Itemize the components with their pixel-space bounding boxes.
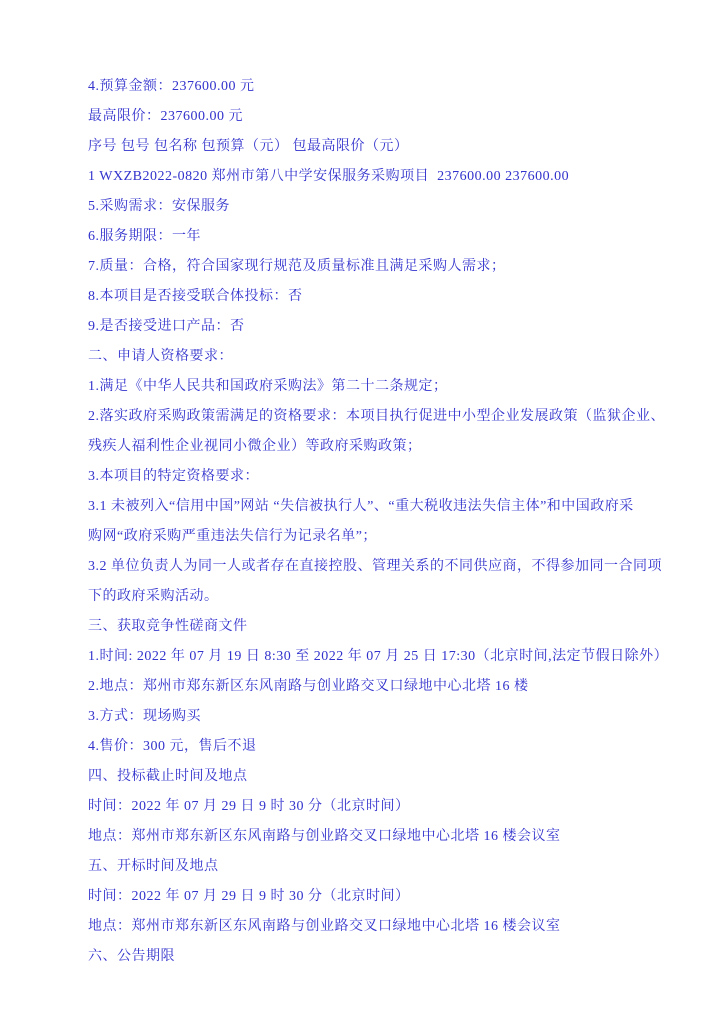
consortium-bid-line: 8.本项目是否接受联合体投标：否 (88, 282, 687, 312)
document-body: 4.预算金额：237600.00 元 最高限价：237600.00 元 序号 包… (88, 72, 687, 972)
procurement-announcement-document: 4.预算金额：237600.00 元 最高限价：237600.00 元 序号 包… (0, 0, 707, 1033)
procurement-demand-line: 5.采购需求：安保服务 (88, 192, 687, 222)
document-obtain-time-line: 1.时间: 2022 年 07 月 19 日 8:30 至 2022 年 07 … (88, 642, 687, 672)
service-period-line: 6.服务期限：一年 (88, 222, 687, 252)
bid-deadline-time-line: 时间：2022 年 07 月 29 日 9 时 30 分（北京时间） (88, 792, 687, 822)
document-price-line: 4.售价：300 元，售后不退 (88, 732, 687, 762)
max-price-line: 最高限价：237600.00 元 (88, 102, 687, 132)
qualification-item-3-2-line-2: 下的政府采购活动。 (88, 582, 687, 612)
bid-opening-time-line: 时间：2022 年 07 月 29 日 9 时 30 分（北京时间） (88, 882, 687, 912)
section-6-heading: 六、公告期限 (88, 942, 687, 972)
budget-amount-line: 4.预算金额：237600.00 元 (88, 72, 687, 102)
qualification-item-3-2-line-1: 3.2 单位负责人为同一人或者存在直接控股、管理关系的不同供应商，不得参加同一合… (88, 552, 687, 582)
section-3-heading: 三、获取竞争性磋商文件 (88, 612, 687, 642)
qualification-item-3-1-line-2: 购网“政府采购严重违法失信行为记录名单”； (88, 522, 687, 552)
document-obtain-method-line: 3.方式：现场购买 (88, 702, 687, 732)
document-obtain-place-line: 2.地点：郑州市郑东新区东风南路与创业路交叉口绿地中心北塔 16 楼 (88, 672, 687, 702)
import-product-line: 9.是否接受进口产品：否 (88, 312, 687, 342)
package-table-row-line: 1 WXZB2022-0820 郑州市第八中学安保服务采购项目 237600.0… (88, 162, 687, 192)
bid-opening-place-line: 地点：郑州市郑东新区东风南路与创业路交叉口绿地中心北塔 16 楼会议室 (88, 912, 687, 942)
quality-line: 7.质量：合格，符合国家现行规范及质量标准且满足采购人需求； (88, 252, 687, 282)
qualification-item-2-line-1: 2.落实政府采购政策需满足的资格要求：本项目执行促进中小型企业发展政策（监狱企业… (88, 402, 687, 432)
bid-deadline-place-line: 地点：郑州市郑东新区东风南路与创业路交叉口绿地中心北塔 16 楼会议室 (88, 822, 687, 852)
qualification-item-1-line: 1.满足《中华人民共和国政府采购法》第二十二条规定； (88, 372, 687, 402)
section-2-heading: 二、申请人资格要求： (88, 342, 687, 372)
section-5-heading: 五、开标时间及地点 (88, 852, 687, 882)
qualification-item-3-line: 3.本项目的特定资格要求： (88, 462, 687, 492)
qualification-item-2-line-2: 残疾人福利性企业视同小微企业）等政府采购政策； (88, 432, 687, 462)
section-4-heading: 四、投标截止时间及地点 (88, 762, 687, 792)
qualification-item-3-1-line-1: 3.1 未被列入“信用中国”网站 “失信被执行人”、“重大税收违法失信主体”和中… (88, 492, 687, 522)
package-table-header-line: 序号 包号 包名称 包预算（元） 包最高限价（元） (88, 132, 687, 162)
